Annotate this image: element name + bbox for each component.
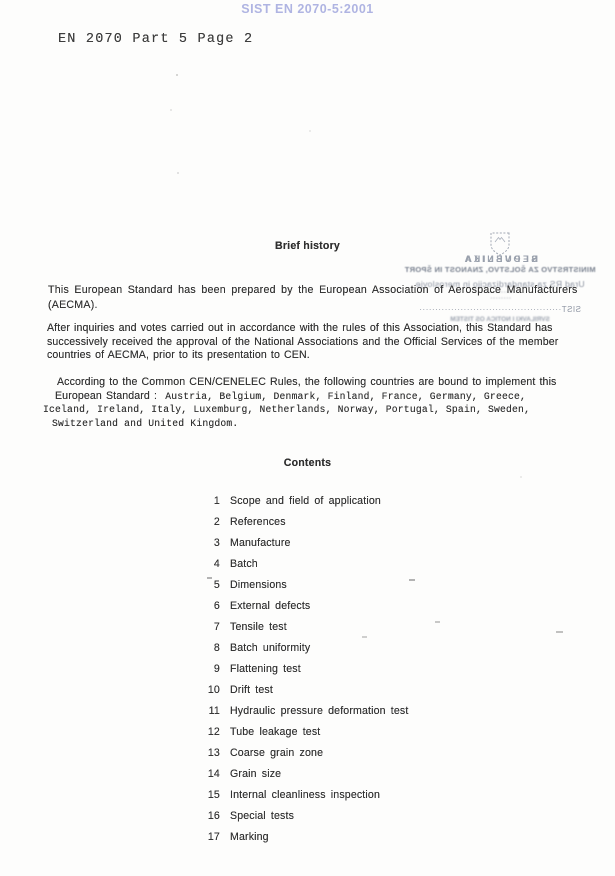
scan-speck <box>170 109 172 111</box>
toc-item: 5Dimensions <box>194 579 287 591</box>
toc-number: 13 <box>194 747 220 759</box>
country-list-line: Austria, Belgium, Denmark, Finland, Fran… <box>165 391 526 402</box>
paragraph-1: This European Standard has been prepared… <box>48 283 578 312</box>
toc-number: 10 <box>194 684 220 696</box>
toc-item: 2References <box>194 516 286 528</box>
paragraph-line: According to the Common CEN/CENELEC Rule… <box>43 376 556 390</box>
toc-label: Scope and field of application <box>230 495 381 507</box>
toc-label: External defects <box>230 600 310 612</box>
scan-speck <box>176 74 178 76</box>
toc-item: 15Internal cleanliness inspection <box>194 789 380 801</box>
scanned-document-page: REPUBLIKA SLOVENIJA MINISTRSTVO ZA ŠOLST… <box>0 0 615 876</box>
toc-label: Hydraulic pressure deformation test <box>230 705 408 717</box>
toc-number: 4 <box>194 558 220 570</box>
toc-label: Drift test <box>230 684 273 696</box>
toc-item: 6External defects <box>194 600 310 612</box>
paragraph-line: After inquiries and votes carried out in… <box>47 322 558 336</box>
toc-number: 6 <box>194 600 220 612</box>
toc-item: 13Coarse grain zone <box>194 747 323 759</box>
toc-label: Special tests <box>230 810 294 822</box>
toc-number: 17 <box>194 831 220 843</box>
country-list-line: Switzerland and United Kingdom. <box>43 417 556 431</box>
toc-label: Batch uniformity <box>230 642 310 654</box>
toc-number: 15 <box>194 789 220 801</box>
toc-item: 11Hydraulic pressure deformation test <box>194 705 408 717</box>
paragraph-line: countries of AECMA, prior to its present… <box>47 349 558 363</box>
paragraph-line: European Standard : Austria, Belgium, De… <box>43 390 556 404</box>
paragraph-3: According to the Common CEN/CENELEC Rule… <box>43 376 556 430</box>
scan-speck <box>309 130 311 132</box>
document-reference: EN 2070 Part 5 Page 2 <box>58 32 253 47</box>
toc-label: Dimensions <box>230 579 287 591</box>
toc-number: 3 <box>194 537 220 549</box>
toc-item: 17Marking <box>194 831 269 843</box>
toc-item: 4Batch <box>194 558 258 570</box>
scan-dash <box>362 636 367 638</box>
toc-label: Tube leakage test <box>230 726 320 738</box>
toc-item: 7Tensile test <box>194 621 287 633</box>
toc-number: 8 <box>194 642 220 654</box>
toc-number: 12 <box>194 726 220 738</box>
toc-item: 3Manufacture <box>194 537 291 549</box>
toc-label: Flattening test <box>230 663 301 675</box>
toc-number: 14 <box>194 768 220 780</box>
toc-number: 7 <box>194 621 220 633</box>
paragraph-line-sans: European Standard : <box>55 390 157 402</box>
toc-item: 8Batch uniformity <box>194 642 310 654</box>
toc-label: Coarse grain zone <box>230 747 323 759</box>
toc-number: 9 <box>194 663 220 675</box>
sist-watermark: SIST EN 2070-5:2001 <box>0 2 615 16</box>
toc-label: References <box>230 516 286 528</box>
scan-speck <box>520 476 522 478</box>
scan-dash <box>435 621 440 623</box>
brief-history-title: Brief history <box>0 240 615 252</box>
scan-speck <box>177 172 179 174</box>
toc-item: 16Special tests <box>194 810 294 822</box>
toc-number: 1 <box>194 495 220 507</box>
toc-label: Tensile test <box>230 621 287 633</box>
toc-item: 1Scope and field of application <box>194 495 381 507</box>
contents-title: Contents <box>0 457 615 469</box>
toc-number: 5 <box>194 579 220 591</box>
toc-label: Grain size <box>230 768 281 780</box>
paragraph-2: After inquiries and votes carried out in… <box>47 322 558 363</box>
scan-dash <box>207 577 212 579</box>
toc-label: Marking <box>230 831 269 843</box>
paragraph-line: This European Standard has been prepared… <box>48 283 578 298</box>
toc-item: 14Grain size <box>194 768 281 780</box>
document-content: SIST EN 2070-5:2001 EN 2070 Part 5 Page … <box>0 0 615 876</box>
toc-number: 16 <box>194 810 220 822</box>
toc-item: 9Flattening test <box>194 663 301 675</box>
scan-dash <box>556 631 563 633</box>
toc-item: 12Tube leakage test <box>194 726 320 738</box>
toc-number: 11 <box>194 705 220 717</box>
toc-label: Manufacture <box>230 537 291 549</box>
scan-dash <box>409 579 415 581</box>
country-list-line: Iceland, Ireland, Italy, Luxemburg, Neth… <box>43 403 556 417</box>
paragraph-line: (AECMA). <box>48 298 578 313</box>
toc-label: Batch <box>230 558 258 570</box>
toc-number: 2 <box>194 516 220 528</box>
toc-label: Internal cleanliness inspection <box>230 789 380 801</box>
toc-item: 10Drift test <box>194 684 273 696</box>
paragraph-line: successively received the approval of th… <box>47 336 558 350</box>
